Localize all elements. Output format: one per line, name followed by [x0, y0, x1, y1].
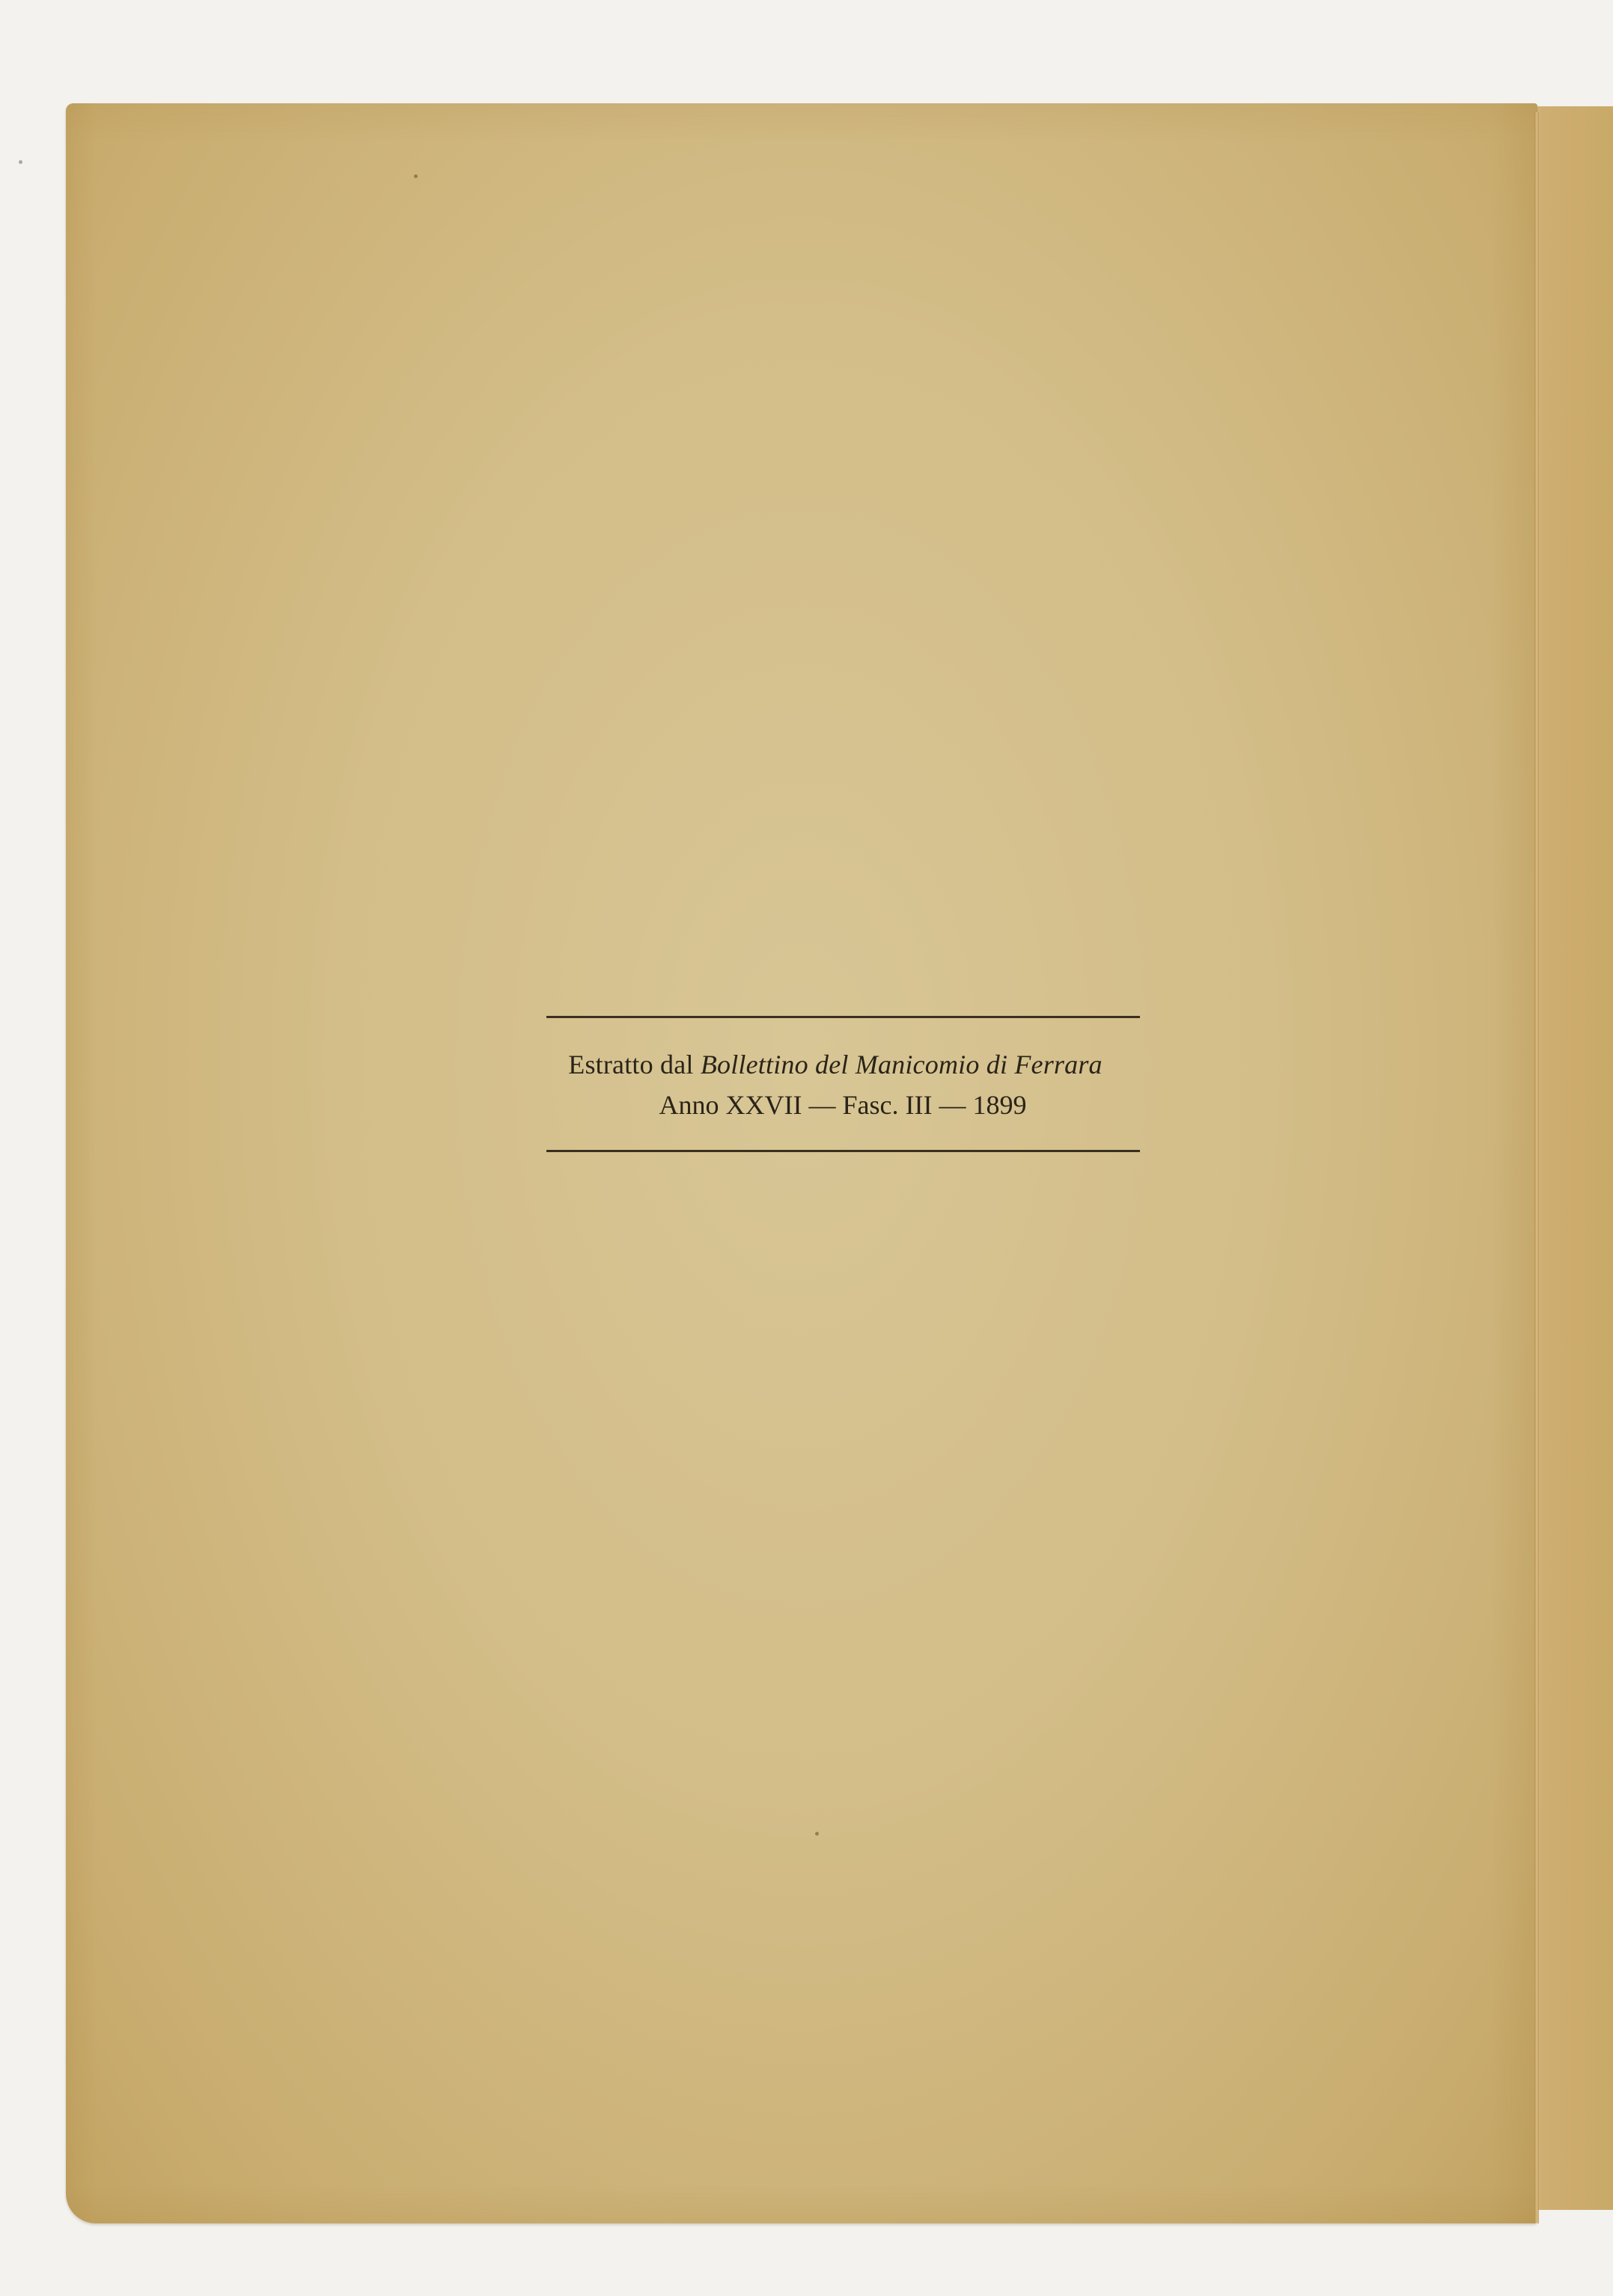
binding-fold: [1534, 112, 1539, 2223]
journal-title: Bollettino del Manicomio di Ferrara: [701, 1050, 1103, 1080]
imprint-issue-line: Anno XXVII — Fasc. III — 1899: [521, 1088, 1165, 1121]
adjacent-page: [1537, 106, 1613, 2210]
imprint-prefix: Estratto dal: [568, 1050, 701, 1080]
dust-speck: [19, 160, 22, 164]
paper-speck: [414, 174, 418, 178]
offprint-imprint: Estratto dal Bollettino del Manicomio di…: [513, 1011, 1157, 1152]
document-page: [66, 103, 1537, 2223]
top-rule: [546, 1016, 1140, 1018]
imprint-source-line: Estratto dal Bollettino del Manicomio di…: [513, 1048, 1157, 1081]
paper-speck: [815, 1832, 819, 1836]
bottom-rule: [546, 1150, 1140, 1152]
